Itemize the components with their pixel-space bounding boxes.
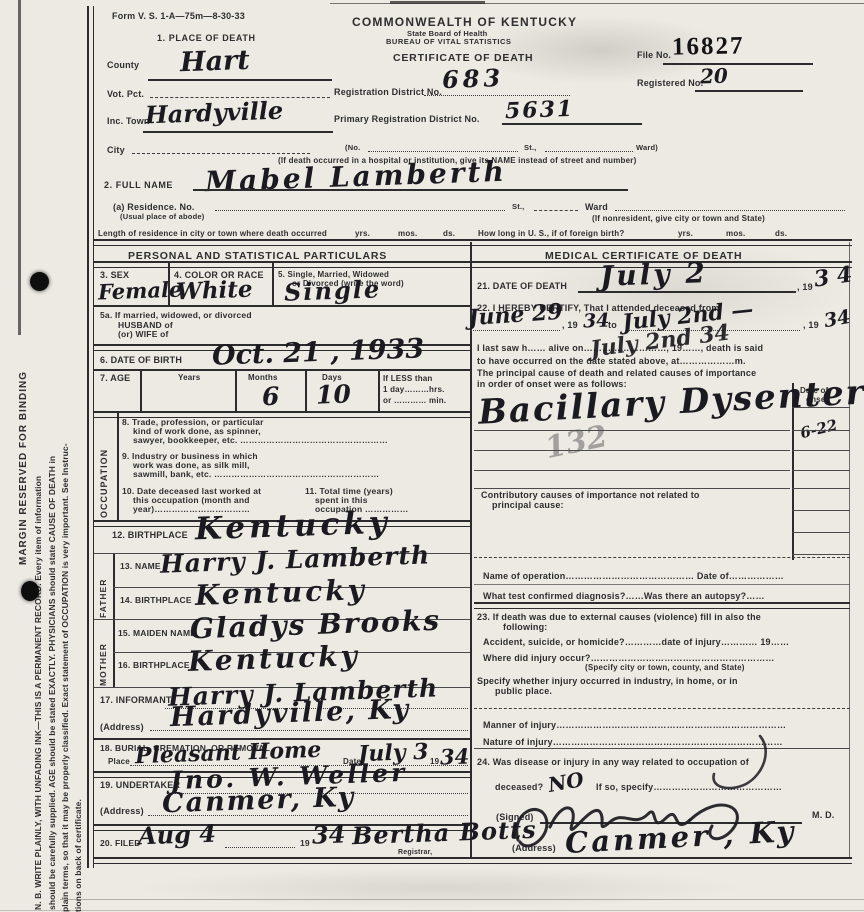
- full-name-value: Mabel Lamberth: [205, 155, 508, 199]
- age-less-label-1: If LESS than: [383, 374, 433, 383]
- informant-address-leader: [150, 730, 468, 731]
- father-name-label: 13. NAME: [120, 561, 161, 571]
- date-of-death-underline: [578, 291, 796, 293]
- where-injury-line: Where did injury occur?………………………………………………: [483, 653, 775, 663]
- filed-year-value: 34: [312, 819, 346, 849]
- certify-leader: [470, 330, 560, 331]
- birthplace-value: Kentucky: [194, 505, 391, 548]
- age-months-value: 6: [261, 382, 279, 412]
- age-less-label-2: 1 day………hrs.: [383, 385, 445, 394]
- informant-label: 17. INFORMANT: [100, 695, 172, 705]
- certificate-title: CERTIFICATE OF DEATH: [393, 52, 533, 64]
- residence-st-blank: [534, 210, 578, 211]
- city-label: City: [107, 145, 125, 155]
- scan-scratch-line: [60, 899, 864, 900]
- ds-label: ds.: [443, 229, 455, 238]
- undertaker-address-label: (Address): [100, 806, 144, 816]
- mother-maiden-name-label: 15. MAIDEN NAME: [118, 628, 196, 638]
- onset-line: [792, 510, 850, 511]
- row-rule: [94, 369, 470, 371]
- residence-st-label: St.,: [512, 202, 524, 211]
- accident-line: Accident, suicide, or homicide?…………date …: [483, 637, 789, 647]
- form-bottom-border: [94, 857, 852, 864]
- mother-section-label: MOTHER: [98, 624, 108, 686]
- file-no-underline: [663, 63, 813, 65]
- length-residence-label: Length of residence in city or town wher…: [98, 229, 327, 238]
- specify-city-note: (Specify city or town, county, and State…: [585, 663, 745, 672]
- city-no-leader: [368, 151, 518, 152]
- occupation-cell-divider: [117, 412, 119, 522]
- header-bottom-rule: [94, 261, 852, 268]
- cause-line: [474, 450, 790, 451]
- yrs-label: yrs.: [678, 229, 693, 238]
- inc-town-underline: [143, 131, 333, 133]
- date-of-death-year: 3 4: [812, 261, 854, 292]
- attended-from-year: 34: [583, 310, 610, 333]
- inc-town-value: Hardyville: [145, 96, 284, 130]
- form-left-border: [87, 6, 89, 868]
- death-certificate-scan: MARGIN RESERVED FOR BINDING N. B. WRITE …: [0, 0, 864, 912]
- age-label: 7. AGE: [100, 373, 130, 383]
- vot-pct-label: Vot. Pct.: [107, 89, 144, 99]
- undertaker-address-value: Canmer, Ky: [162, 782, 356, 820]
- section-1-title: 1. PLACE OF DEATH: [157, 33, 256, 43]
- residence-ward-leader: [615, 210, 845, 211]
- date-of-death-label: 21. DATE OF DEATH: [477, 281, 567, 291]
- father-birthplace-label: 14. BIRTHPLACE: [120, 595, 192, 605]
- margin-binding-label: MARGIN RESERVED FOR BINDING: [18, 265, 29, 565]
- row-rule: [474, 584, 850, 585]
- bureau-subtitle: BUREAU OF VITAL STATISTICS: [386, 37, 511, 46]
- scan-scratch-line: [0, 910, 864, 911]
- to-label: to: [608, 320, 617, 330]
- full-name-label: 2. FULL NAME: [104, 180, 173, 190]
- hole-punch: [21, 581, 39, 601]
- undertaker-address-leader: [148, 815, 468, 816]
- attended-from-value: June 29: [467, 299, 563, 332]
- cell-divider: [272, 262, 274, 305]
- file-no-label: File No.: [637, 50, 671, 60]
- age-less-label-3: or ………… min.: [383, 396, 446, 405]
- sex-value: Female: [98, 277, 183, 305]
- primary-district-label: Primary Registration District No.: [334, 114, 480, 124]
- principal-cause-line1: The principal cause of death and related…: [477, 368, 756, 378]
- age-months-label: Months: [248, 373, 278, 382]
- cell-divider: [378, 370, 380, 412]
- operation-line: Name of operation…………………………………… Date of……: [483, 571, 784, 581]
- onset-line: [792, 430, 850, 431]
- primary-district-underline: [502, 123, 642, 125]
- mother-cell-divider: [113, 620, 115, 688]
- scan-smudge: [390, 1, 485, 4]
- residence-ward-label: Ward: [585, 202, 608, 212]
- onset-line: [792, 554, 850, 555]
- registrar-label: Registrar,: [398, 849, 432, 856]
- marital-value: Single: [284, 274, 382, 306]
- filed-19-printed: 19: [300, 838, 310, 848]
- form-number: Form V. S. 1-A—75m—8-30-33: [112, 11, 245, 21]
- residence-no-leader: [215, 210, 505, 211]
- scan-smudge: [140, 868, 740, 908]
- father-section-label: FATHER: [98, 558, 108, 618]
- filed-leader: [225, 847, 295, 848]
- birthplace-label: 12. BIRTHPLACE: [112, 530, 188, 540]
- yrs-label: yrs.: [355, 229, 370, 238]
- section-rule: [474, 557, 850, 558]
- cause-line: [474, 488, 790, 489]
- filed-label: 20. FILED: [100, 838, 141, 848]
- cell-divider: [305, 370, 307, 412]
- margin-note-line2: should be carefully supplied. AGE should…: [47, 25, 57, 910]
- item23-line2: following:: [503, 622, 548, 632]
- abode-note: (Usual place of abode): [120, 212, 204, 221]
- section-rule: [474, 602, 850, 609]
- scan-edge-line-top: [330, 3, 864, 4]
- registered-no-label: Registered No.: [637, 78, 703, 88]
- age-years-label: Years: [178, 373, 200, 382]
- city-blank: [132, 153, 310, 154]
- onset-line: [792, 470, 850, 471]
- item5a-wife-label: (or) WIFE of: [118, 329, 169, 339]
- onset-line: [792, 450, 850, 451]
- registered-no-underline: [695, 90, 803, 92]
- md-label: M. D.: [812, 810, 835, 820]
- section-rule: [474, 748, 850, 749]
- ds-label: ds.: [775, 229, 787, 238]
- manner-of-injury-line: Manner of injury…………………………………………………………………: [483, 720, 786, 730]
- city-st-label: St.,: [524, 143, 536, 152]
- filed-date-value: Aug 4: [138, 819, 217, 851]
- date-of-death-value: July 2: [599, 256, 708, 293]
- contributory-line1: Contributory causes of importance not re…: [481, 490, 700, 500]
- mother-birthplace-value: Kentucky: [187, 639, 360, 678]
- item23-line1: 23. If death was due to external causes …: [477, 612, 761, 622]
- row-rule: [94, 305, 470, 307]
- informant-address-label: (Address): [100, 722, 144, 732]
- mother-birthplace-label: 16. BIRTHPLACE: [118, 660, 190, 670]
- contributory-line2: principal cause:: [492, 500, 564, 510]
- county-label: County: [107, 60, 139, 70]
- margin-note-line3: plain terms, so that it may be properly …: [60, 20, 70, 912]
- occupation-section-label: OCCUPATION: [99, 420, 109, 518]
- item9-line3: sawmill, bank, etc. …………………………………………………: [133, 469, 379, 479]
- margin-note-line1: N. B. WRITE PLAINLY, WITH UNFADING INK—T…: [33, 30, 43, 910]
- how-long-label: How long in U. S., if of foreign birth?: [478, 229, 624, 238]
- specify-line2: public place.: [495, 686, 552, 696]
- county-value: Hart: [179, 45, 250, 78]
- cause-line: [474, 470, 790, 471]
- dod-19-printed: , 19: [797, 282, 813, 292]
- column-divider: [470, 242, 472, 857]
- to-19-printed: , 19: [803, 320, 819, 330]
- hole-punch: [30, 272, 49, 291]
- primary-district-value: 5631: [505, 96, 575, 124]
- margin-note-line4: tions on back of certificate.: [73, 700, 83, 912]
- burial-place-label: Place: [108, 757, 130, 766]
- reg-district-value: 683: [442, 63, 505, 94]
- dob-label: 6. DATE OF BIRTH: [100, 355, 182, 365]
- color-race-value: White: [176, 276, 253, 306]
- cell-divider: [140, 370, 142, 412]
- section-rule: [474, 708, 850, 709]
- top-section-bottom-rule: [94, 239, 852, 246]
- city-no-label: (No.: [345, 143, 360, 152]
- full-name-underline: [193, 189, 628, 191]
- mos-label: mos.: [398, 229, 417, 238]
- nonresident-note: (If nonresident, give city or town and S…: [592, 214, 765, 223]
- item8-line3: sawyer, bookkeeper, etc. …………………………………………: [133, 435, 388, 445]
- city-st-leader: [545, 151, 633, 152]
- onset-line: [792, 532, 850, 533]
- specify-line1: Specify whether injury occurred in indus…: [477, 676, 738, 686]
- age-days-value: 10: [316, 379, 352, 409]
- occurred-line: to have occurred on the date stated abov…: [477, 356, 746, 366]
- file-no-value: 16827: [672, 32, 745, 61]
- cell-divider: [168, 262, 170, 305]
- onset-date-value: 6-22: [798, 416, 839, 443]
- cell-divider: [235, 370, 237, 412]
- item5a-label: 5a. If married, widowed, or divorced: [100, 310, 252, 320]
- test-autopsy-line: What test confirmed diagnosis?……Was ther…: [483, 591, 765, 601]
- county-underline: [148, 79, 332, 81]
- onset-line: [792, 488, 850, 489]
- dob-value: Oct. 21 , 1933: [212, 333, 425, 371]
- registered-no-value: 20: [700, 64, 729, 89]
- ink-flourish: [690, 730, 780, 800]
- commonwealth-title: COMMONWEALTH OF KENTUCKY: [352, 15, 577, 29]
- from-19-printed: , 19: [562, 320, 578, 330]
- city-ward-label: Ward): [636, 143, 658, 152]
- form-right-border: [849, 242, 850, 858]
- mos-label: mos.: [726, 229, 745, 238]
- residence-label: (a) Residence. No.: [113, 202, 195, 212]
- cause-line: [474, 430, 790, 431]
- inc-town-label: Inc. Town: [107, 116, 150, 126]
- attended-to-year: 34: [822, 306, 852, 332]
